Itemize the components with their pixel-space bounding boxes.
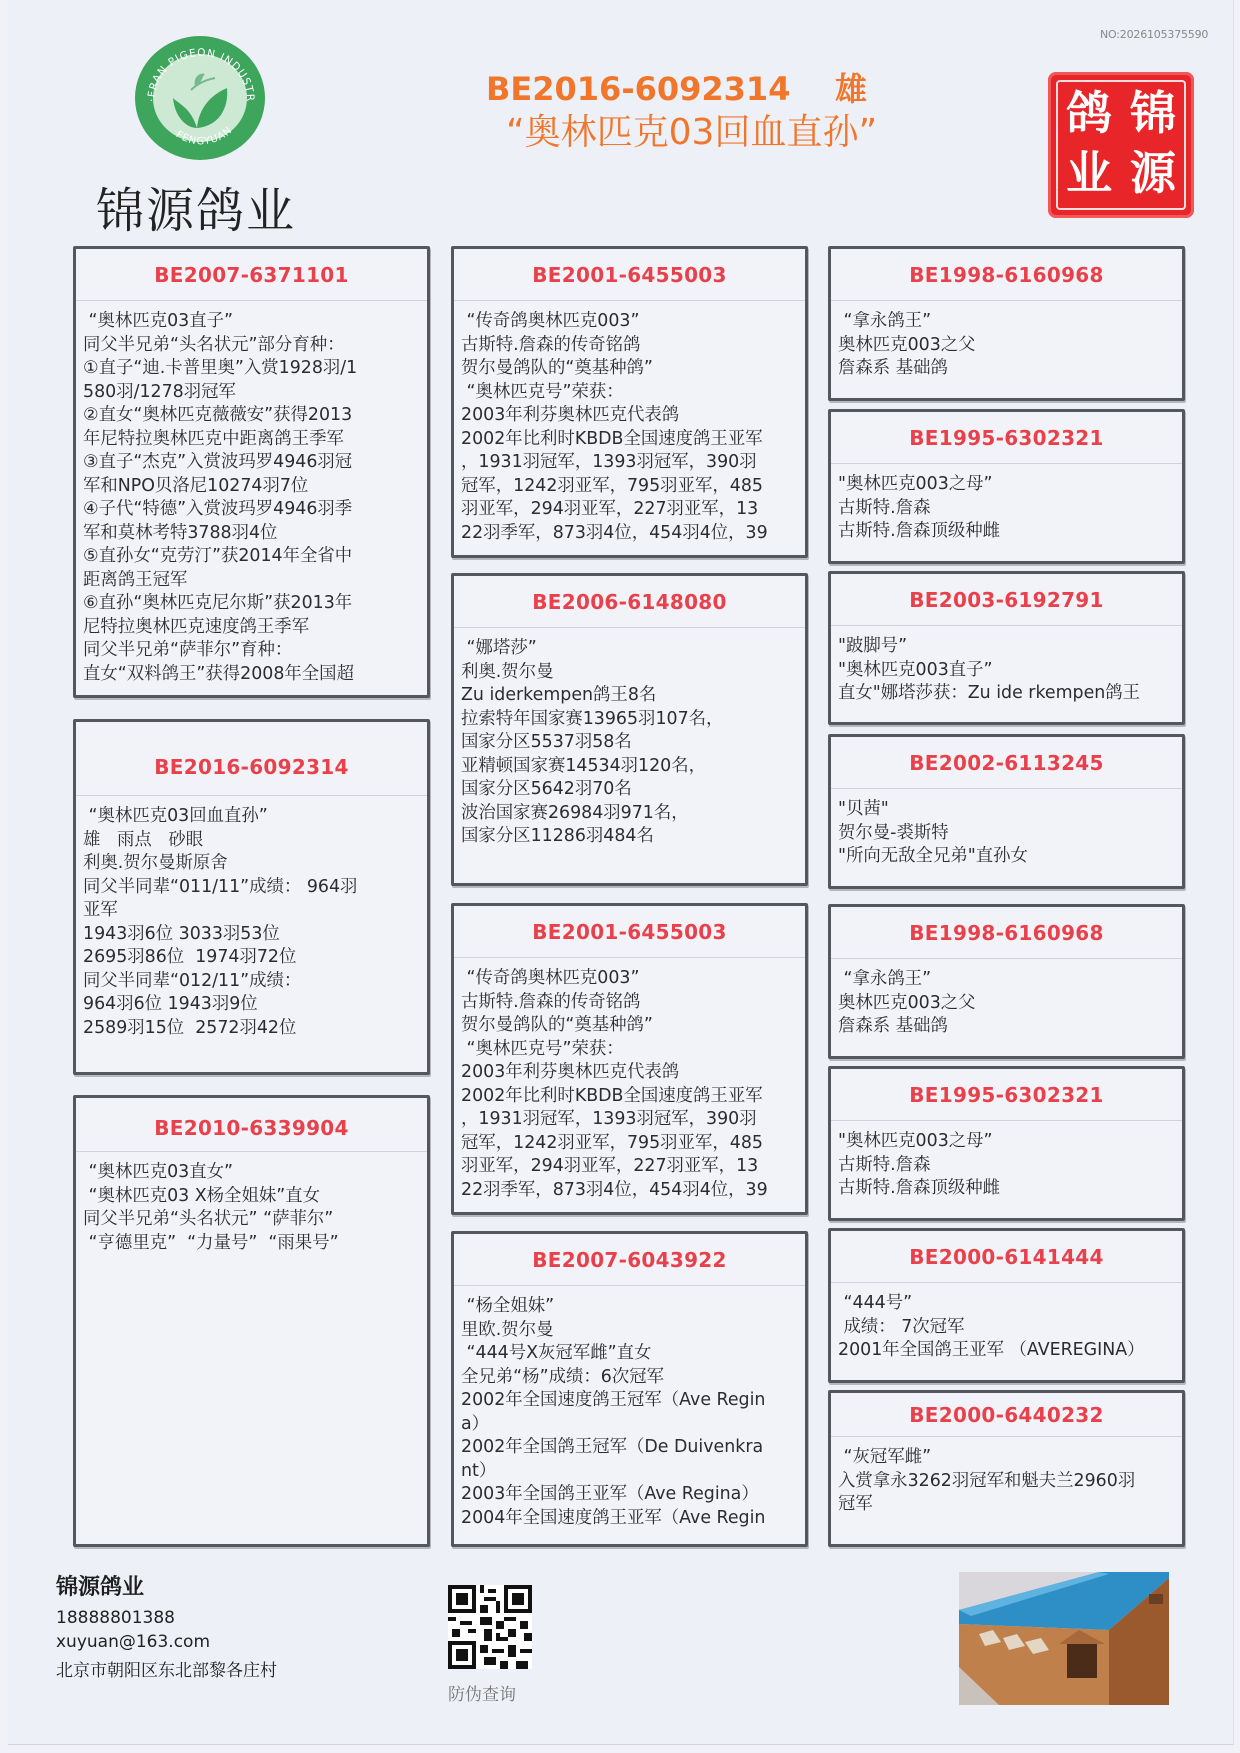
note-line: 尼特拉奥林匹克速度鸽王季军	[83, 616, 421, 640]
note-line: nt）	[461, 1460, 799, 1484]
note-line: 2004年全国速度鸽王亚军（Ave Regin	[461, 1507, 799, 1531]
note-line: Zu iderkempen鸽王8名	[461, 684, 799, 708]
note-line: ④子代“特德”入赏波玛罗4946羽季	[83, 498, 421, 522]
note-line: 冠军，1242羽亚军，795羽亚军，485	[461, 475, 799, 499]
note-line: 同父半同辈“011/11”成绩： 964羽	[83, 876, 421, 900]
footer-company-name: 锦源鸽业	[56, 1570, 144, 1601]
company-seal-stamp: 锦 源 鸽 业	[1048, 72, 1194, 218]
pedigree-notes: “奥林匹克03直子” 同父半兄弟“头名状元”部分育种： ①直子“迪.卡普里奥”入…	[76, 301, 427, 686]
pedigree-box-ggp-1: BE1998-6160968 “拿永鸽王” 奥林匹克003之父 詹森系 基础鸽	[828, 246, 1185, 401]
note-line: 军和NPO贝洛尼10274羽7位	[83, 475, 421, 499]
note-line: ⑥直孙“奥林匹克尼尔斯”获2013年	[83, 592, 421, 616]
ring-number: BE2000-6440232	[831, 1393, 1182, 1437]
ring-number: BE2001-6455003	[454, 249, 805, 301]
pedigree-box-granddam-2: BE2007-6043922 “杨全姐妹” 里欧.贺尔曼 “444号X灰冠军雌”…	[451, 1231, 808, 1547]
note-line: 2002年全国鸽王冠军（De Duivenkra	[461, 1436, 799, 1460]
leaf-bird-icon: ·FRAN PIGEON INDUSTRY· FENGYUAN	[135, 36, 265, 160]
ring-number: BE1998-6160968	[831, 907, 1182, 959]
note-line: 22羽季军，873羽4位，454羽4位，39	[461, 1179, 799, 1203]
note-line: 波治国家赛26984羽971名，	[461, 802, 799, 826]
anti-counterfeit-qr-code[interactable]	[448, 1585, 532, 1669]
pedigree-notes: "跛脚号” "奥林匹克003直子” 直女"娜塔莎获：Zu ide rkempen…	[831, 626, 1182, 706]
seal-char: 业	[1066, 150, 1112, 196]
note-line: “拿永鸽王”	[838, 310, 1176, 334]
pedigree-notes: “444号” 成绩： 7次冠军 2001年全国鸽王亚军 （AVEREGINA）	[831, 1283, 1182, 1363]
note-line: 同父半兄弟“头名状元”部分育种：	[83, 334, 421, 358]
note-line: 2589羽15位 2572羽42位	[83, 1017, 421, 1041]
note-line: 利奥.贺尔曼斯原舍	[83, 852, 421, 876]
ring-number: BE1998-6160968	[831, 249, 1182, 301]
note-line: 2003年利芬奥林匹克代表鸽	[461, 1061, 799, 1085]
note-line: ，1931羽冠军，1393羽冠军，390羽	[461, 1108, 799, 1132]
ring-number: BE2000-6141444	[831, 1231, 1182, 1283]
pedigree-notes: “奥林匹克03直女” “奥林匹克03 X杨全姐妹”直女 同父半兄弟“头名状元” …	[76, 1152, 427, 1255]
pedigree-box-sire: BE2007-6371101 “奥林匹克03直子” 同父半兄弟“头名状元”部分育…	[73, 246, 430, 698]
pedigree-notes: “娜塔莎” 利奥.贺尔曼 Zu iderkempen鸽王8名 拉索特年国家赛13…	[454, 628, 805, 849]
pigeon-name-heading: “奥林匹克03回血直孙”	[506, 104, 877, 155]
note-line: 同父半兄弟“头名状元” “萨菲尔”	[83, 1208, 421, 1232]
note-line: 国家分区11286羽484名	[461, 825, 799, 849]
note-line: 亚军	[83, 899, 421, 923]
pedigree-box-ggp-4: BE2002-6113245 "贝茜" 贺尔曼-裘斯特 "所向无敌全兄弟"直孙女	[828, 734, 1185, 889]
note-line: “奥林匹克03直女”	[83, 1161, 421, 1185]
note-line: 2001年全国鸽王亚军 （AVEREGINA）	[838, 1339, 1176, 1363]
note-line: 古斯特.詹森的传奇铭鸽	[461, 991, 799, 1015]
note-line: "跛脚号”	[838, 635, 1176, 659]
note-line: “传奇鸽奥林匹克003”	[461, 967, 799, 991]
note-line: 22羽季军，873羽4位，454羽4位，39	[461, 522, 799, 546]
seal-char: 鸽	[1066, 90, 1112, 136]
pedigree-box-subject: BE2016-6092314 “奥林匹克03回血直孙” 雄 雨点 砂眼 利奥.贺…	[73, 719, 430, 1075]
footer-email: xuyuan@163.com	[56, 1632, 210, 1652]
ring-number: BE2006-6148080	[454, 576, 805, 628]
note-line: 2003年利芬奥林匹克代表鸽	[461, 404, 799, 428]
loft-building-image	[959, 1572, 1169, 1705]
pedigree-box-grandsire-1: BE2001-6455003 “传奇鸽奥林匹克003” 古斯特.詹森的传奇铭鸽 …	[451, 246, 808, 558]
pedigree-notes: “奥林匹克03回血直孙” 雄 雨点 砂眼 利奥.贺尔曼斯原舍 同父半同辈“011…	[76, 796, 427, 1040]
pedigree-box-granddam-1: BE2006-6148080 “娜塔莎” 利奥.贺尔曼 Zu iderkempe…	[451, 573, 808, 886]
seal-char: 锦	[1130, 90, 1176, 136]
pedigree-box-ggp-2: BE1995-6302321 "奥林匹克003之母” 古斯特.詹森 古斯特.詹森…	[828, 409, 1185, 564]
note-line: 贺尔曼-裘斯特	[838, 822, 1176, 846]
serial-number: NO:2026105375590	[1100, 28, 1208, 41]
note-line: ②直女“奥林匹克薇薇安”获得2013	[83, 404, 421, 428]
pedigree-notes: "贝茜" 贺尔曼-裘斯特 "所向无敌全兄弟"直孙女	[831, 789, 1182, 869]
note-line: “奥林匹克03直子”	[83, 310, 421, 334]
note-line: 距离鸽王冠军	[83, 569, 421, 593]
qr-code-icon	[448, 1585, 532, 1669]
note-line: “444号”	[838, 1292, 1176, 1316]
note-line: “奥林匹克号”荣获：	[461, 1038, 799, 1062]
note-line: 古斯特.詹森顶级种雌	[838, 520, 1176, 544]
note-line: 古斯特.詹森顶级种雌	[838, 1177, 1176, 1201]
company-name-title: 锦源鸽业	[96, 172, 296, 241]
note-line: 2002年比利时KBDB全国速度鸽王亚军	[461, 428, 799, 452]
ring-number: BE2016-6092314	[76, 722, 427, 796]
note-line: 2002年全国速度鸽王冠军（Ave Regin	[461, 1389, 799, 1413]
note-line: “亨德里克” “力量号” “雨果号”	[83, 1232, 421, 1256]
footer-phone: 18888801388	[56, 1608, 175, 1628]
note-line: 国家分区5537羽58名	[461, 731, 799, 755]
note-line: “奥林匹克03 X杨全姐妹”直女	[83, 1185, 421, 1209]
note-line: 羽亚军，294羽亚军，227羽亚军，13	[461, 498, 799, 522]
note-line: “444号X灰冠军雌”直女	[461, 1342, 799, 1366]
pedigree-box-ggp-8: BE2000-6440232 “灰冠军雌” 入赏拿永3262羽冠军和魁夫兰296…	[828, 1390, 1185, 1547]
note-line: “娜塔莎”	[461, 637, 799, 661]
note-line: 詹森系 基础鸽	[838, 1015, 1176, 1039]
pedigree-notes: “传奇鸽奥林匹克003” 古斯特.詹森的传奇铭鸽 贺尔曼鸽队的“奠基种鸽” “奥…	[454, 301, 805, 545]
pedigree-box-dam: BE2010-6339904 “奥林匹克03直女” “奥林匹克03 X杨全姐妹”…	[73, 1095, 430, 1547]
ring-number: BE2001-6455003	[454, 906, 805, 958]
ring-number: BE2002-6113245	[831, 737, 1182, 789]
note-line: 羽亚军，294羽亚军，227羽亚军，13	[461, 1155, 799, 1179]
note-line: 冠军，1242羽亚军，795羽亚军，485	[461, 1132, 799, 1156]
note-line: 直女"娜塔莎获：Zu ide rkempen鸽王	[838, 682, 1176, 706]
pedigree-notes: “拿永鸽王” 奥林匹克003之父 詹森系 基础鸽	[831, 959, 1182, 1039]
note-line: 里欧.贺尔曼	[461, 1319, 799, 1343]
note-line: 古斯特.詹森	[838, 497, 1176, 521]
note-line: 年尼特拉奥林匹克中距离鸽王季军	[83, 428, 421, 452]
footer-address: 北京市朝阳区东北部黎各庄村	[56, 1656, 277, 1681]
note-line: 全兄弟“杨”成绩：6次冠军	[461, 1366, 799, 1390]
pedigree-notes: “拿永鸽王” 奥林匹克003之父 詹森系 基础鸽	[831, 301, 1182, 381]
note-line: 2695羽86位 1974羽72位	[83, 946, 421, 970]
note-line: 古斯特.詹森的传奇铭鸽	[461, 334, 799, 358]
note-line: “传奇鸽奥林匹克003”	[461, 310, 799, 334]
pedigree-box-grandsire-2: BE2001-6455003 “传奇鸽奥林匹克003” 古斯特.詹森的传奇铭鸽 …	[451, 903, 808, 1215]
pedigree-certificate: ·FRAN PIGEON INDUSTRY· FENGYUAN 锦源鸽业 BE2…	[8, 0, 1234, 1745]
note-line: a）	[461, 1413, 799, 1437]
pedigree-notes: “灰冠军雌” 入赏拿永3262羽冠军和魁夫兰2960羽 冠军	[831, 1437, 1182, 1517]
note-line: 同父半同辈“012/11”成绩：	[83, 970, 421, 994]
ring-number: BE2007-6371101	[76, 249, 427, 301]
pedigree-notes: "奥林匹克003之母” 古斯特.詹森 古斯特.詹森顶级种雌	[831, 1121, 1182, 1201]
company-logo: ·FRAN PIGEON INDUSTRY· FENGYUAN	[135, 36, 265, 160]
note-line: "贝茜"	[838, 798, 1176, 822]
pedigree-box-ggp-6: BE1995-6302321 "奥林匹克003之母” 古斯特.詹森 古斯特.詹森…	[828, 1066, 1185, 1221]
note-line: 奥林匹克003之父	[838, 334, 1176, 358]
note-line: 利奥.贺尔曼	[461, 661, 799, 685]
note-line: 580羽/1278羽冠军	[83, 381, 421, 405]
ring-number: BE2007-6043922	[454, 1234, 805, 1286]
note-line: 直女“双料鸽王”获得2008年全国超	[83, 663, 421, 687]
ring-number: BE1995-6302321	[831, 1069, 1182, 1121]
note-line: "所向无敌全兄弟"直孙女	[838, 845, 1176, 869]
note-line: 詹森系 基础鸽	[838, 357, 1176, 381]
note-line: ，1931羽冠军，1393羽冠军，390羽	[461, 451, 799, 475]
note-line: 1943羽6位 3033羽53位	[83, 923, 421, 947]
pedigree-box-ggp-3: BE2003-6192791 "跛脚号” "奥林匹克003直子” 直女"娜塔莎获…	[828, 571, 1185, 725]
ring-number: BE2003-6192791	[831, 574, 1182, 626]
note-line: ①直子“迪.卡普里奥”入赏1928羽/1	[83, 357, 421, 381]
note-line: ③直子“杰克”入赏波玛罗4946羽冠	[83, 451, 421, 475]
pigeon-loft-photo	[959, 1572, 1169, 1705]
note-line: "奥林匹克003直子”	[838, 659, 1176, 683]
pedigree-box-ggp-7: BE2000-6141444 “444号” 成绩： 7次冠军 2001年全国鸽王…	[828, 1228, 1185, 1383]
note-line: “奥林匹克号”荣获：	[461, 381, 799, 405]
note-line: 奥林匹克003之父	[838, 992, 1176, 1016]
svg-text:FENGYUAN: FENGYUAN	[174, 125, 235, 148]
note-line: 亚精顿国家赛14534羽120名，	[461, 755, 799, 779]
ring-number: BE1995-6302321	[831, 412, 1182, 464]
note-line: "奥林匹克003之母”	[838, 473, 1176, 497]
pedigree-notes: "奥林匹克003之母” 古斯特.詹森 古斯特.詹森顶级种雌	[831, 464, 1182, 544]
note-line: “拿永鸽王”	[838, 968, 1176, 992]
note-line: 2002年比利时KBDB全国速度鸽王亚军	[461, 1085, 799, 1109]
note-line: 国家分区5642羽70名	[461, 778, 799, 802]
seal-char: 源	[1130, 150, 1176, 196]
note-line: 贺尔曼鸽队的“奠基种鸽”	[461, 1014, 799, 1038]
logo-text-top: ·FRAN PIGEON INDUSTRY·	[135, 36, 256, 102]
svg-text:·FRAN PIGEON INDUSTRY·: ·FRAN PIGEON INDUSTRY·	[135, 36, 256, 102]
note-line: 军和莫林考特3788羽4位	[83, 522, 421, 546]
note-line: 拉索特年国家赛13965羽107名，	[461, 708, 799, 732]
note-line: 成绩： 7次冠军	[838, 1316, 1176, 1340]
note-line: 964羽6位 1943羽9位	[83, 993, 421, 1017]
note-line: “灰冠军雌”	[838, 1446, 1176, 1470]
note-line: “奥林匹克03回血直孙”	[83, 805, 421, 829]
pedigree-box-ggp-5: BE1998-6160968 “拿永鸽王” 奥林匹克003之父 詹森系 基础鸽	[828, 904, 1185, 1059]
note-line: 同父半兄弟“萨菲尔”育种：	[83, 639, 421, 663]
note-line: 雄 雨点 砂眼	[83, 829, 421, 853]
note-line: 冠军	[838, 1493, 1176, 1517]
note-line: 2003年全国鸽王亚军（Ave Regina）	[461, 1483, 799, 1507]
note-line: “杨全姐妹”	[461, 1295, 799, 1319]
pedigree-notes: “杨全姐妹” 里欧.贺尔曼 “444号X灰冠军雌”直女 全兄弟“杨”成绩：6次冠…	[454, 1286, 805, 1530]
ring-number: BE2010-6339904	[76, 1098, 427, 1152]
qr-verify-label: 防伪查询	[448, 1680, 516, 1705]
note-line: 入赏拿永3262羽冠军和魁夫兰2960羽	[838, 1470, 1176, 1494]
note-line: ⑤直孙女“克劳汀”获2014年全省中	[83, 545, 421, 569]
note-line: 贺尔曼鸽队的“奠基种鸽”	[461, 357, 799, 381]
pedigree-notes: “传奇鸽奥林匹克003” 古斯特.詹森的传奇铭鸽 贺尔曼鸽队的“奠基种鸽” “奥…	[454, 958, 805, 1202]
note-line: "奥林匹克003之母”	[838, 1130, 1176, 1154]
note-line: 古斯特.詹森	[838, 1154, 1176, 1178]
